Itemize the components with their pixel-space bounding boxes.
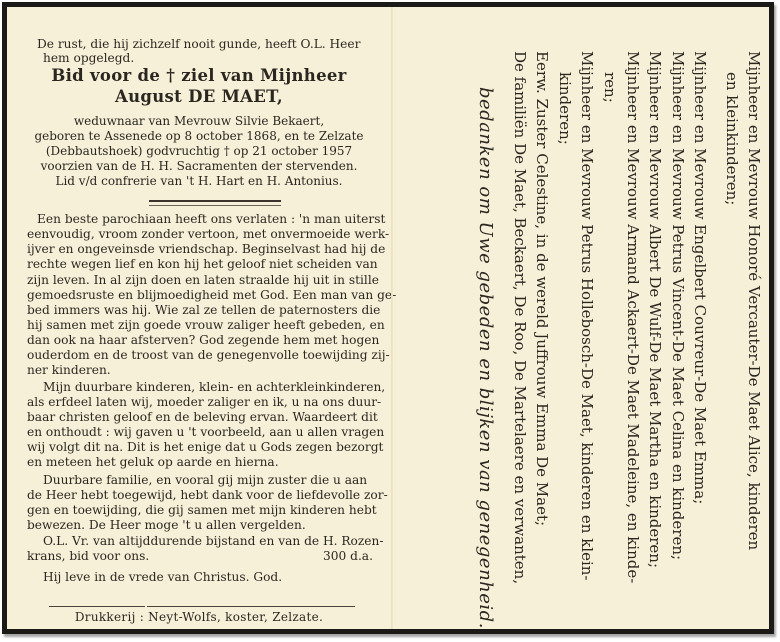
indulgence-days: 300 d.a. xyxy=(323,549,373,563)
body-line: Een beste parochiaan heeft ons verlaten … xyxy=(37,212,385,226)
family-line: Mijnheer en Mevrouw Honoré Vercauter-De … xyxy=(745,51,762,550)
body-line: als erfdeel laten wij, moeder zaliger en… xyxy=(27,395,381,409)
family-line: Mijnheer en Mevrouw Petrus Vincent-De Ma… xyxy=(669,51,686,560)
body-line: bed immers was hij. Wie zal ze tellen de… xyxy=(27,303,380,317)
body-line: wij volgt dit na. Dit is het enige dat u… xyxy=(27,440,383,454)
family-line: Mijnheer en Mevrouw Engelbert Couvreur-D… xyxy=(691,51,708,504)
printer-credit: Drukkerij : Neyt-Wolfs, koster, Zelzate. xyxy=(7,610,391,624)
detail-line-1: weduwnaar van Mevrouw Silvie Bekaert, xyxy=(7,114,391,128)
family-line: kinderen; xyxy=(556,72,573,145)
family-line: en kleinkinderen; xyxy=(723,72,740,205)
body-line: hij samen met zijn goede vrouw zaliger h… xyxy=(27,318,385,332)
family-line: ren; xyxy=(601,72,618,103)
thanks-line: bedanken om Uwe gebeden en blijken van g… xyxy=(477,87,494,629)
body-line: bewezen. De Heer moge 't u allen vergeld… xyxy=(27,518,306,532)
body-line: ijver en ongeveinsde vriendschap. Begins… xyxy=(27,242,385,256)
left-panel: De rust, die hij zichzelf nooit gunde, h… xyxy=(7,7,391,629)
rotated-family-list: Mijnheer en Mevrouw Honoré Vercauter-De … xyxy=(393,7,769,607)
prayer-line-1: O.L. Vr. van altijddurende bijstand en v… xyxy=(43,534,383,548)
prayer-title: Bid voor de † ziel van Mijnheer xyxy=(7,69,391,83)
body-line: dan ook na haar afsterven? God zegende h… xyxy=(27,333,379,347)
body-line: en onthoudt : wij gaven u 't voorbeeld, … xyxy=(27,425,384,439)
family-line: Eerw. Zuster Celestine, in de wereld Juf… xyxy=(533,51,550,526)
family-line: Mijnheer en Mevrouw Albert De Wulf-De Ma… xyxy=(646,51,663,568)
body-line: en meteen het geluk op aarde en hierna. xyxy=(27,455,279,469)
detail-line-3: (Debbautshoek) godvruchtig † op 21 octob… xyxy=(7,144,391,158)
section-divider xyxy=(149,200,281,206)
body-line: gemoedsruste en blijmoedigheid met God. … xyxy=(27,288,396,302)
body-line: de Heer hebt toegewijd, hebt dank voor d… xyxy=(27,488,388,502)
printer-rule-left xyxy=(49,606,145,607)
epigraph-line-2: hem opgelegd. xyxy=(43,51,134,65)
detail-line-5: Lid v/d confrerie van 't H. Hart en H. A… xyxy=(7,174,391,188)
body-line: baar christen geloof en de beleving erva… xyxy=(27,410,378,424)
body-line: ner kinderen. xyxy=(27,363,111,377)
body-line: zijn leven. In al zijn doen en laten str… xyxy=(27,273,379,287)
epigraph-line-1: De rust, die hij zichzelf nooit gunde, h… xyxy=(37,37,360,51)
body-line: ouderdom en de troost van de genegenvoll… xyxy=(27,348,390,362)
closing-blessing: Hij leve in de vrede van Christus. God. xyxy=(43,570,282,584)
detail-line-2: geboren te Assenede op 8 october 1868, e… xyxy=(7,129,391,143)
printer-rule-right xyxy=(147,606,355,607)
detail-line-4: voorzien van de H. H. Sacramenten der st… xyxy=(7,159,391,173)
body-line: eenvoudig, vroom zonder vertoon, met onv… xyxy=(27,227,389,241)
body-line: rechte wegen lief en kon hij het geloof … xyxy=(27,257,378,271)
body-line: gen en toewijding, die gij samen met mij… xyxy=(27,503,377,517)
deceased-name: August DE MAET, xyxy=(7,90,391,104)
family-line: De familiën De Maet, Beckaert, De Roo, D… xyxy=(511,51,528,584)
body-line: Duurbare familie, en vooral gij mijn zus… xyxy=(43,473,367,487)
prayer-line-2: krans, bid voor ons. xyxy=(27,549,149,563)
memorial-card: De rust, die hij zichzelf nooit gunde, h… xyxy=(2,2,774,634)
right-panel: Mijnheer en Mevrouw Honoré Vercauter-De … xyxy=(393,7,769,629)
family-line: Mijnheer en Mevrouw Petrus Hollebosch-De… xyxy=(578,51,595,580)
family-line: Mijnheer en Mevrouw Armand Ackaert-De Ma… xyxy=(624,51,641,583)
body-line: Mijn duurbare kinderen, klein- en achter… xyxy=(43,380,385,394)
